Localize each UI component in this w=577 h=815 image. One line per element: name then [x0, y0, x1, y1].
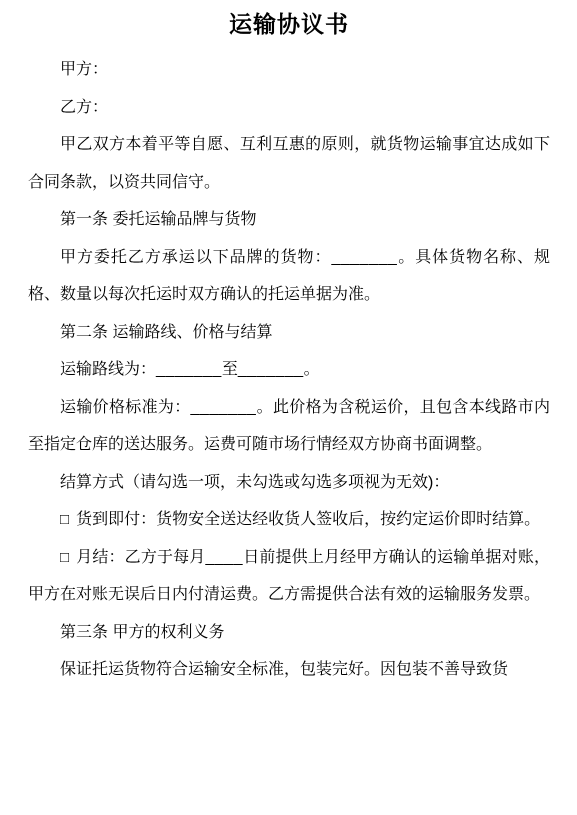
clause-1-body: 甲方委托乙方承运以下品牌的货物：_______。具体货物名称、规格、数量以每次托…	[28, 239, 550, 314]
route-label: 运输路线为：	[60, 361, 156, 378]
clause-1-body-text-before: 甲方委托乙方承运以下品牌的货物：	[60, 249, 331, 266]
checkbox-icon[interactable]: □	[60, 511, 69, 528]
party-b-line: 乙方：	[28, 89, 550, 127]
route-period: 。	[304, 361, 320, 378]
clause-3-heading: 第三条 甲方的权利义务	[28, 614, 550, 652]
brand-blank-field[interactable]: _______	[331, 249, 397, 266]
option-monthly-settlement: □月结：乙方于每月____日前提供上月经甲方确认的运输单据对账，甲方在对账无误后…	[28, 539, 550, 614]
route-line: 运输路线为：_______至_______。	[28, 351, 550, 389]
clause-3-body: 保证托运货物符合运输安全标准，包装完好。因包装不善导致货	[28, 651, 550, 689]
price-label: 运输价格标准为：	[60, 399, 191, 416]
settlement-instruction: 结算方式（请勾选一项，未勾选或勾选多项视为无效)：	[28, 464, 550, 502]
price-paragraph: 运输价格标准为：_______。此价格为含税运价，且包含本线路市内至指定仓库的送…	[28, 389, 550, 464]
party-a-line: 甲方：	[28, 51, 550, 89]
monthly-day-blank-field[interactable]: ____	[205, 549, 243, 566]
preamble-paragraph: 甲乙双方本着平等自愿、互利互惠的原则，就货物运输事宜达成如下合同条款，以资共同信…	[28, 126, 550, 201]
clause-1-heading: 第一条 委托运输品牌与货物	[28, 201, 550, 239]
route-to-word: 至	[222, 361, 238, 378]
price-blank-field[interactable]: _______	[191, 399, 257, 416]
clause-2-heading: 第二条 运输路线、价格与结算	[28, 314, 550, 352]
route-to-blank-field[interactable]: _______	[238, 361, 304, 378]
document-page: 运输协议书 甲方： 乙方： 甲乙双方本着平等自愿、互利互惠的原则，就货物运输事宜…	[0, 0, 577, 815]
checkbox-icon[interactable]: □	[60, 549, 69, 566]
option-pay-on-delivery-text: 货到即付：货物安全送达经收货人签收后，按约定运价即时结算。	[76, 511, 540, 528]
option-pay-on-delivery: □货到即付：货物安全送达经收货人签收后，按约定运价即时结算。	[28, 501, 550, 539]
document-title: 运输协议书	[28, 8, 550, 40]
route-from-blank-field[interactable]: _______	[156, 361, 222, 378]
option-monthly-text-before: 月结：乙方于每月	[76, 549, 205, 566]
